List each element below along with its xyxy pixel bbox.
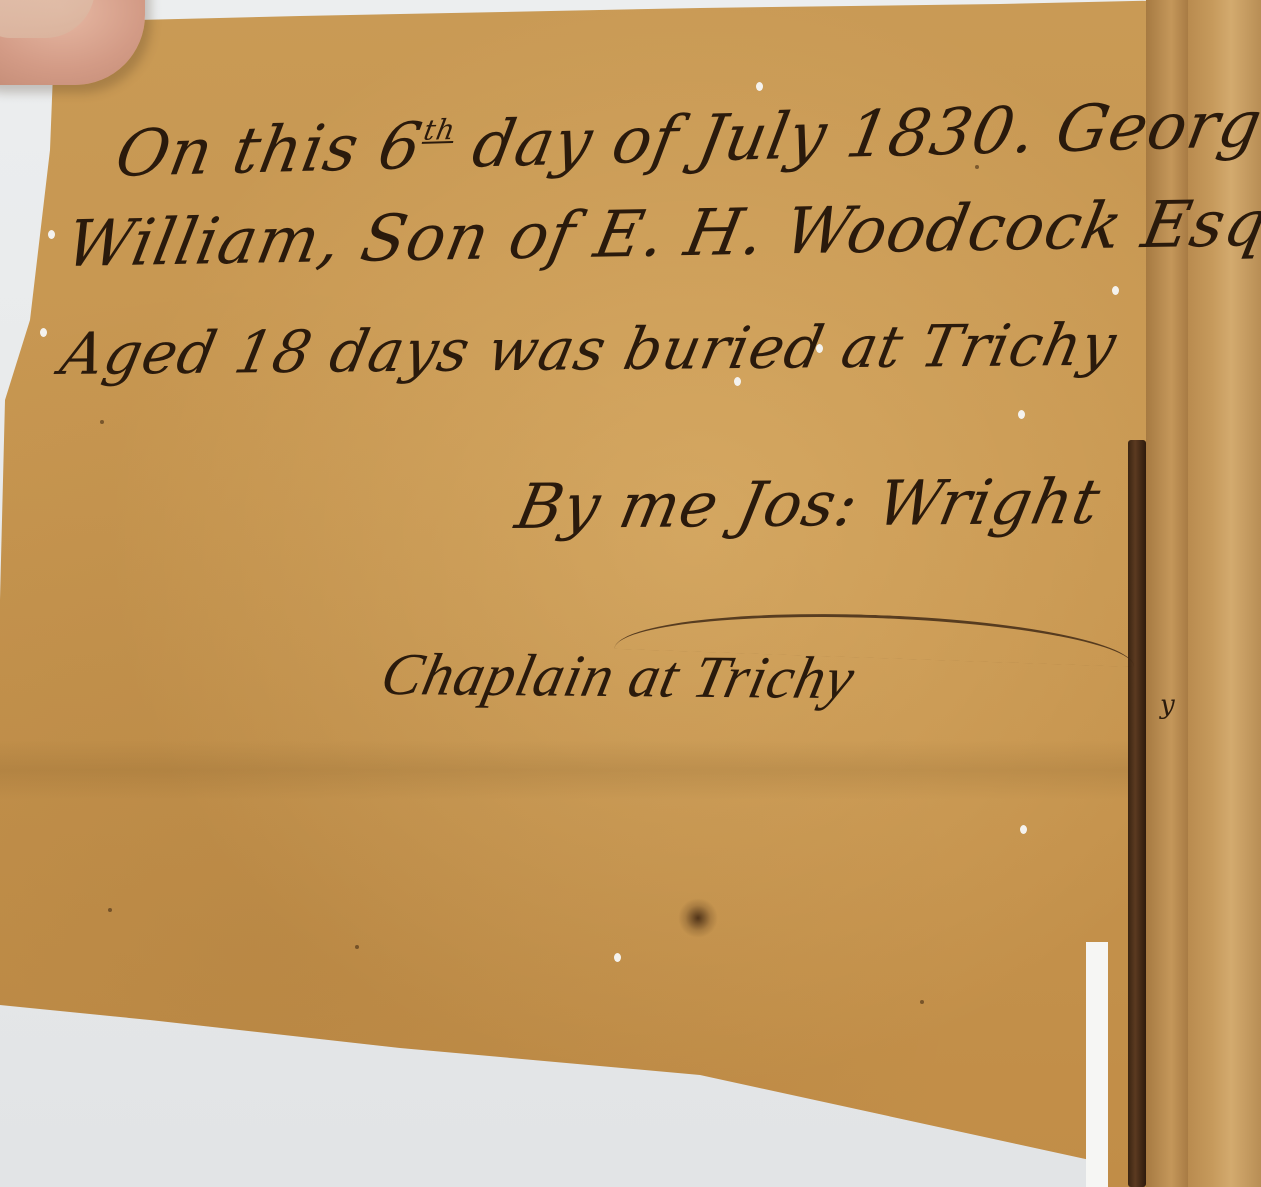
- paper-speck: [920, 1000, 924, 1004]
- signature-line: By me Jos: Wright: [510, 465, 1107, 543]
- paper-speck: [355, 945, 359, 949]
- book-page-edge: [1186, 0, 1261, 1187]
- marginal-tail: y: [1160, 690, 1175, 720]
- book-binding-inner: [1146, 0, 1188, 1187]
- paper-hole: [1112, 286, 1119, 295]
- paper-hole: [756, 82, 763, 91]
- paper-hole: [614, 953, 621, 962]
- paper-hole: [1020, 825, 1027, 834]
- paper-fold-line: [0, 740, 1140, 800]
- book-spine-edge: [1128, 440, 1146, 1187]
- paper-gap: [1086, 942, 1108, 1187]
- paper-hole: [1018, 410, 1025, 419]
- line-1-start: On this 6: [110, 110, 428, 192]
- title-line: Chaplain at Trichy: [375, 640, 862, 713]
- photo-scene: On this 6th day of July 1830. George Wil…: [0, 0, 1261, 1187]
- ink-stain: [678, 898, 718, 938]
- thumb-nail: [0, 0, 95, 38]
- paper-hole: [40, 328, 47, 337]
- record-line-3: Aged 18 days was buried at Trichy: [55, 311, 1123, 388]
- paper-hole: [48, 230, 55, 239]
- paper-speck: [108, 908, 112, 912]
- paper-speck: [100, 420, 104, 424]
